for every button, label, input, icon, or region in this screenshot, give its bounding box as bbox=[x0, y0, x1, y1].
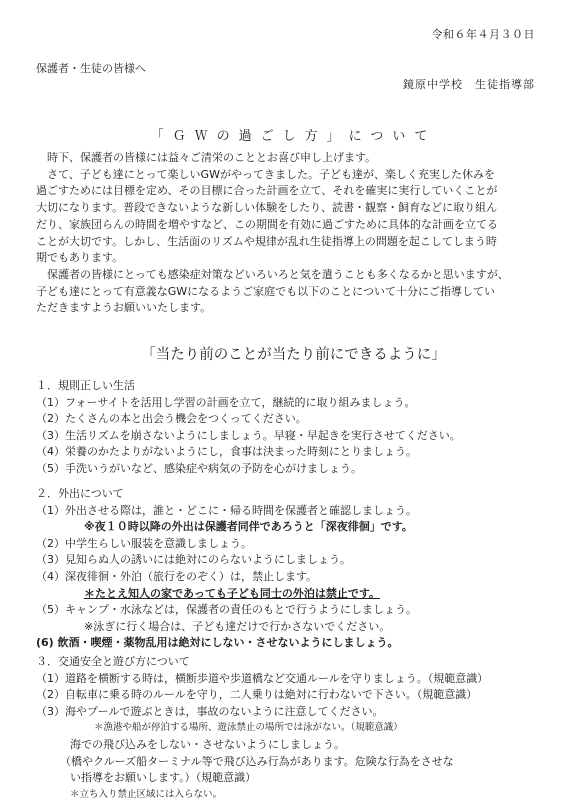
list-item: （1）外出させる際は，誰と・どこに・帰る時間を保護者と確認しましょう。 bbox=[36, 503, 417, 520]
document-date: 令和６年４月３０日 bbox=[432, 26, 536, 42]
intro-line: だり、家族団らんの時間を増やすなど、この期間を有効に過ごすために具体的な計画を立… bbox=[36, 217, 556, 234]
list-item: （5）手洗いうがいなど、感染症や病気の予防を心がけましょう。 bbox=[36, 461, 461, 478]
section-heading: １．規則正しい生活 bbox=[36, 378, 461, 395]
list-item: （2）たくさんの本と出会う機会をつくってください。 bbox=[36, 411, 461, 428]
intro-line: 子ども達にとって有意義なGWになるようご家庭でも以下のことについて十分にご指導し… bbox=[36, 284, 556, 301]
list-item: （3）見知らぬ人の誘いには絶対にのらないようにしましょう。 bbox=[36, 552, 417, 569]
intro-line: 時下、保護者の皆様には益々ご清栄のこととお喜び申し上げます。 bbox=[36, 150, 556, 167]
harbor-note: ＊漁港や船が停泊する場所、遊泳禁止の場所では泳がない。（規範意識） bbox=[36, 720, 488, 737]
list-item: （1）道路を横断する時は，横断歩道や歩道橋など交通ルールを守りましょう。（規範意… bbox=[36, 671, 488, 688]
section-heading: ２．外出について bbox=[36, 486, 417, 503]
intro-line: さて、子ども達にとって楽しいGWがやってきました。子ども達が、楽しく充実した休み… bbox=[36, 167, 556, 184]
diving-note: 海での飛び込みをしない・させないようにしましょう。 bbox=[36, 737, 488, 754]
intro-line: 期でもあります。 bbox=[36, 250, 556, 267]
intro-line: ことが大切です。しかし、生活面のリズムや規律が乱れ生徒指導上の問題を起こしてしま… bbox=[36, 234, 556, 251]
intro-line: 保護者の皆様にとっても感染症対策などいろいろと気を遣うことも多くなるかと思います… bbox=[36, 267, 556, 284]
list-item: （3）海やプールで遊ぶときは，事故のないように注意してください。 bbox=[36, 704, 488, 721]
document-title: 「ＧＷの過ごし方」について bbox=[0, 125, 587, 144]
list-item: （2）中学生らしい服装を意識しましょう。 bbox=[36, 536, 417, 553]
diving-detail-cont: い指導をお願いします。）（規範意識） bbox=[36, 770, 488, 787]
diving-detail: （橋やクルーズ船ターミナル等で飛び込み行為があります。危険な行為をさせな bbox=[36, 754, 488, 771]
list-item: （4）深夜徘徊・外泊（旅行をのぞく）は，禁止します。 bbox=[36, 569, 417, 586]
intro-line: ただきますようお願いいたします。 bbox=[36, 300, 556, 317]
list-item: （5）キャンプ・水泳などは，保護者の責任のもとで行うようにしましょう。 bbox=[36, 602, 417, 619]
addressee: 保護者・生徒の皆様へ bbox=[36, 60, 146, 76]
slogan: 「当たり前のことが当たり前にできるように」 bbox=[0, 343, 587, 364]
section-going-out: ２．外出について （1）外出させる際は，誰と・どこに・帰る時間を保護者と確認しま… bbox=[36, 486, 417, 652]
section-traffic-safety: ３．交通安全と遊び方について （1）道路を横断する時は，横断歩道や歩道橋など交通… bbox=[36, 654, 488, 800]
sender: 鏡原中学校 生徒指導部 bbox=[403, 76, 535, 92]
list-item: （1）フォーサイトを活用し学習の計画を立て，継続的に取り組みましょう。 bbox=[36, 395, 461, 412]
list-item: （4）栄養のかたよりがないようにし，食事は決まった時刻にとりましょう。 bbox=[36, 444, 461, 461]
section-regular-life: １．規則正しい生活 （1）フォーサイトを活用し学習の計画を立て，継続的に取り組み… bbox=[36, 378, 461, 478]
restricted-area-note: ＊立ち入り禁止区域には入らない。 bbox=[36, 787, 488, 800]
list-item: （3）生活リズムを崩さないようにしましょう。早寝・早起きを実行させてください。 bbox=[36, 428, 461, 445]
intro-line: 過ごすためには目標を定め、その目標に合った計画を立て、それを確実に実行していくこ… bbox=[36, 183, 556, 200]
swimming-note: ※泳ぎに行く場合は、子ども達だけで行かさないでください。 bbox=[36, 619, 417, 636]
section-heading: ３．交通安全と遊び方について bbox=[36, 654, 488, 671]
intro-line: 大切になります。普段できないような新しい体験をしたり、読書・観察・飼育などに取り… bbox=[36, 200, 556, 217]
list-item: （2）自転車に乗る時のルールを守り，二人乗りは絶対に行わないで下さい。（規範意識… bbox=[36, 687, 488, 704]
list-item-substance-abuse: (6) 飲酒・喫煙・薬物乱用は絶対にしない・させないようにしましょう。 bbox=[36, 635, 417, 652]
late-night-note: ※夜１０時以降の外出は保護者同伴であろうと「深夜徘徊」です。 bbox=[36, 519, 417, 536]
intro-paragraph: 時下、保護者の皆様には益々ご清栄のこととお喜び申し上げます。 さて、子ども達にと… bbox=[36, 150, 556, 317]
sleepover-prohibition-note: ＊たとえ知人の家であっても子ども同士の外泊は禁止です。 bbox=[36, 586, 417, 603]
